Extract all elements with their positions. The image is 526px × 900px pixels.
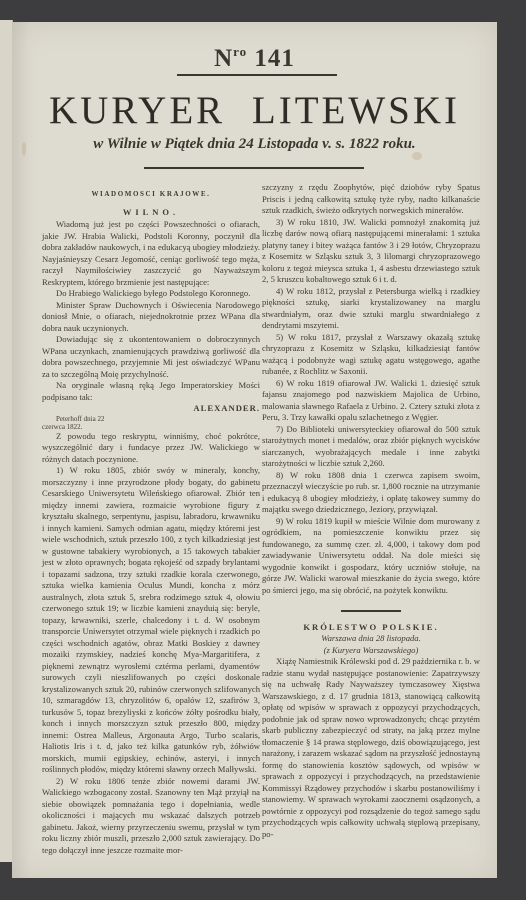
issue-number: Nro 141 <box>12 44 497 73</box>
place-heading: WILNO. <box>42 207 260 219</box>
paragraph: Z powodu tego reskryptu, winniśmy, choć … <box>42 431 260 466</box>
paragraph: Dowiadując się z ukontentowaniem o dobro… <box>42 334 260 380</box>
paragraph: 2) W roku 1806 tenże zbiór nowemi darami… <box>42 776 260 857</box>
header-rule <box>177 74 337 76</box>
newspaper-page: Nro 141 KURYER LITEWSKI w Wilnie w Piąte… <box>12 22 497 878</box>
paragraph: Xiążę Namiestnik Królewski pod d. 29 paź… <box>262 656 480 840</box>
newspaper-title: KURYER LITEWSKI <box>12 88 497 133</box>
date-line: w Wilnie w Piątek dnia 24 Listopada v. s… <box>12 136 497 153</box>
paragraph: 4) W roku 1812, przysłał z Petersburga w… <box>262 286 480 332</box>
paragraph: Do Hrabiego Walickiego byłego Podstolego… <box>42 288 260 300</box>
right-column: szczyzny z rzędu Zoophytów, pięć dziobów… <box>262 182 480 840</box>
paragraph: 3) W roku 1810, JW. Walicki pomnożył zna… <box>262 217 480 286</box>
section-heading: KRÓLESTWO POLSKIE. <box>262 622 480 634</box>
paragraph: 6) W roku 1819 ofiarował JW. Walicki 1. … <box>262 378 480 424</box>
paragraph: 5) W roku 1817, przysłał z Warszawy okaz… <box>262 332 480 378</box>
source-note: (z Kuryera Warszawskiego) <box>262 645 480 657</box>
paragraph: 1) W roku 1805, zbiór swóy w mineraly, k… <box>42 465 260 776</box>
paragraph: Wiadomą już jest po części Powszechności… <box>42 219 260 288</box>
paragraph: Minister Spraw Duchownych i Oświecenia N… <box>42 300 260 335</box>
paragraph: 8) W roku 1808 dnia 1 czerwca zapisem sw… <box>262 470 480 516</box>
signature: ALEXANDER. <box>193 403 260 415</box>
paragraph: 7) Do Biblioteki uniwersyteckiey ofiarow… <box>262 424 480 470</box>
paragraph: szczyzny z rzędu Zoophytów, pięć dziobów… <box>262 182 480 217</box>
signature-line: ALEXANDER. <box>42 403 260 415</box>
left-column: WIADOMOSCI KRAJOWE. WILNO. Wiadomą już j… <box>42 182 260 856</box>
paragraph: 9) W roku 1819 kupił w mieście Wilnie do… <box>262 516 480 597</box>
dateline: Warszawa dnia 28 listopada. <box>262 633 480 645</box>
dateline: Peterhoff dnia 22czerwca 1822. <box>42 415 260 431</box>
paragraph: Na oryginale własną ręką Jego Imperators… <box>42 380 260 403</box>
section-heading: WIADOMOSCI KRAJOWE. <box>42 189 260 201</box>
section-divider <box>341 610 401 612</box>
paper-stain <box>412 152 422 160</box>
header-rule <box>144 167 364 169</box>
